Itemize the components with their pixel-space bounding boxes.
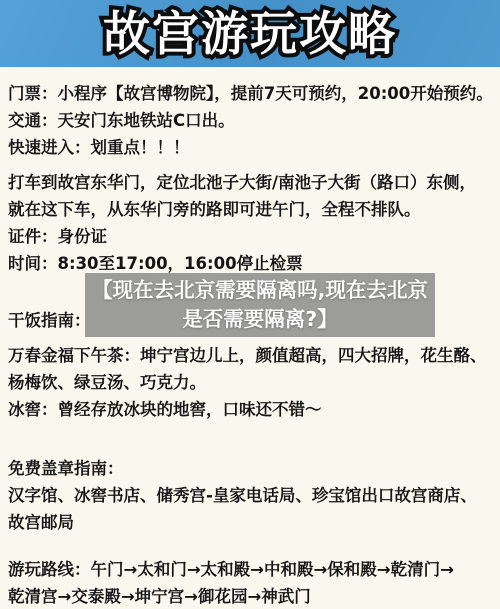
stamp-guide-heading: 免费盖章指南： — [8, 455, 492, 482]
watermark-line-2: 是否需要隔离?】 — [182, 305, 337, 334]
watermark-overlay-text: 【现在去北京需要隔离吗,现在去北京 是否需要隔离?】 — [85, 273, 435, 337]
fast-entry-line: 快速进入：划重点！！！ — [8, 134, 492, 161]
stamp-spots-line-1: 汉字馆、冰窖书店、储秀宫-皇家电话局、珍宝馆出口故宫商店、 — [8, 482, 492, 509]
route-line-2: 乾清宫→交泰殿→坤宁宫→御花园→神武门 — [8, 583, 492, 609]
title-banner: 故宫游玩攻略 — [0, 0, 500, 67]
icehouse-line: 冰窖：曾经存放冰块的地窖，口味还不错〜 — [8, 396, 492, 423]
guide-image: 故宫游玩攻略 门票：小程序【故宫博物院】，提前7天可预约，20:00开始预约。 … — [0, 0, 500, 609]
teahouse-line-1: 万春金福下午茶：坤宁宫边儿上，颜值超高，四大招牌，花生酪、 — [8, 342, 492, 369]
ticket-line: 门票：小程序【故宫博物院】，提前7天可预约，20:00开始预约。 — [8, 80, 492, 107]
id-line: 证件：身份证 — [8, 223, 492, 250]
route-line-1: 游玩路线：午门→太和门→太和殿→中和殿→保和殿→乾清门→ — [8, 556, 492, 583]
page-title: 故宫游玩攻略 — [103, 9, 397, 58]
teahouse-line-2: 杨梅饮、绿豆汤、巧克力。 — [8, 369, 492, 396]
transport-line: 交通：天安门东地铁站C口出。 — [8, 107, 492, 134]
watermark-line-1: 【现在去北京需要隔离吗,现在去北京 — [92, 276, 428, 305]
stamp-spots-line-2: 故宫邮局 — [8, 509, 492, 536]
taxi-tip-line-1: 打车到故宫东华门，定位北池子大街/南池子大街（路口）东侧， — [8, 169, 492, 196]
guide-text-body: 门票：小程序【故宫博物院】，提前7天可预约，20:00开始预约。 交通：天安门东… — [0, 67, 500, 609]
taxi-tip-line-2: 就在这下车，从东华门旁的路即可进午门，全程不排队。 — [8, 196, 492, 223]
